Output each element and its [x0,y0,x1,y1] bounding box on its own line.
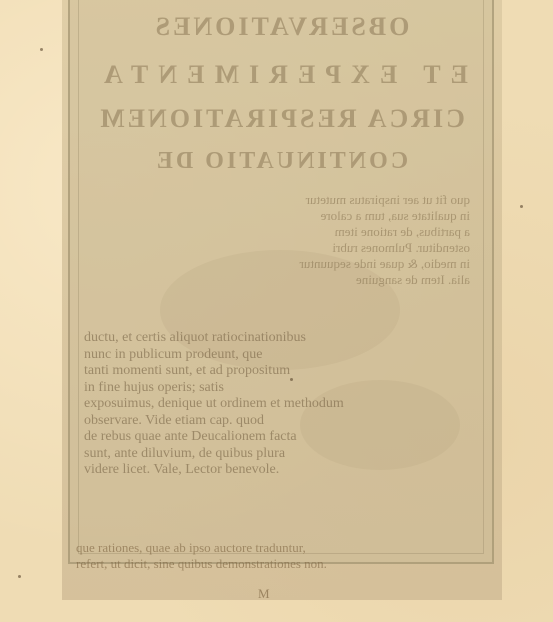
heading-bleedthrough-3: CIRCA RESPIRATIONEM [70,104,492,134]
heading-bleedthrough-4: CONTINUATIO DE [70,148,492,175]
speck [520,205,523,208]
text-line: quo fit ut aer inspiratus mutetur [92,192,470,208]
speck [40,48,43,51]
speck [18,575,21,578]
text-line: nunc in publicum prodeunt, que [84,347,478,364]
text-line: refert, ut dicit, sine quibus demonstrat… [76,556,496,572]
text-line: ostenditur. Pulmones rubri [92,240,470,256]
text-line: sunt, ante diluvium, de quibus plura [84,446,478,463]
text-line: alia. Item de sanguine [92,272,470,288]
page-border-frame: OBSERVATIONES ET EXPERIMENTA CIRCA RESPI… [68,0,494,564]
footer-text: que rationes, quae ab ipso auctore tradu… [76,540,496,572]
text-line: videre licet. Vale, Lector benevole. [84,462,478,479]
lower-paragraph: ductu, et certis aliquot ratiocinationib… [84,330,478,479]
text-line: que rationes, quae ab ipso auctore tradu… [76,540,496,556]
heading-bleedthrough-2: ET EXPERIMENTA [70,60,492,90]
text-line: tanti momenti sunt, et ad propositum [84,363,478,380]
text-line: a partibus, de ratione item [92,224,470,240]
text-line: in qualitate sua, tum a calore [92,208,470,224]
signature-mark: M [258,586,270,602]
speck [290,378,293,381]
text-line: observare. Vide etiam cap. quod [84,413,478,430]
text-line: de rebus quae ante Deucalionem facta [84,429,478,446]
text-line: ductu, et certis aliquot ratiocinationib… [84,330,478,347]
heading-bleedthrough-1: OBSERVATIONES [70,12,492,42]
text-line: in medio, & quae inde sequuntur [92,256,470,272]
text-line: exposuimus, denique ut ordinem et method… [84,396,478,413]
body-bleedthrough: quo fit ut aer inspiratus mutetur in qua… [92,192,470,288]
text-line: in fine hujus operis; satis [84,380,478,397]
